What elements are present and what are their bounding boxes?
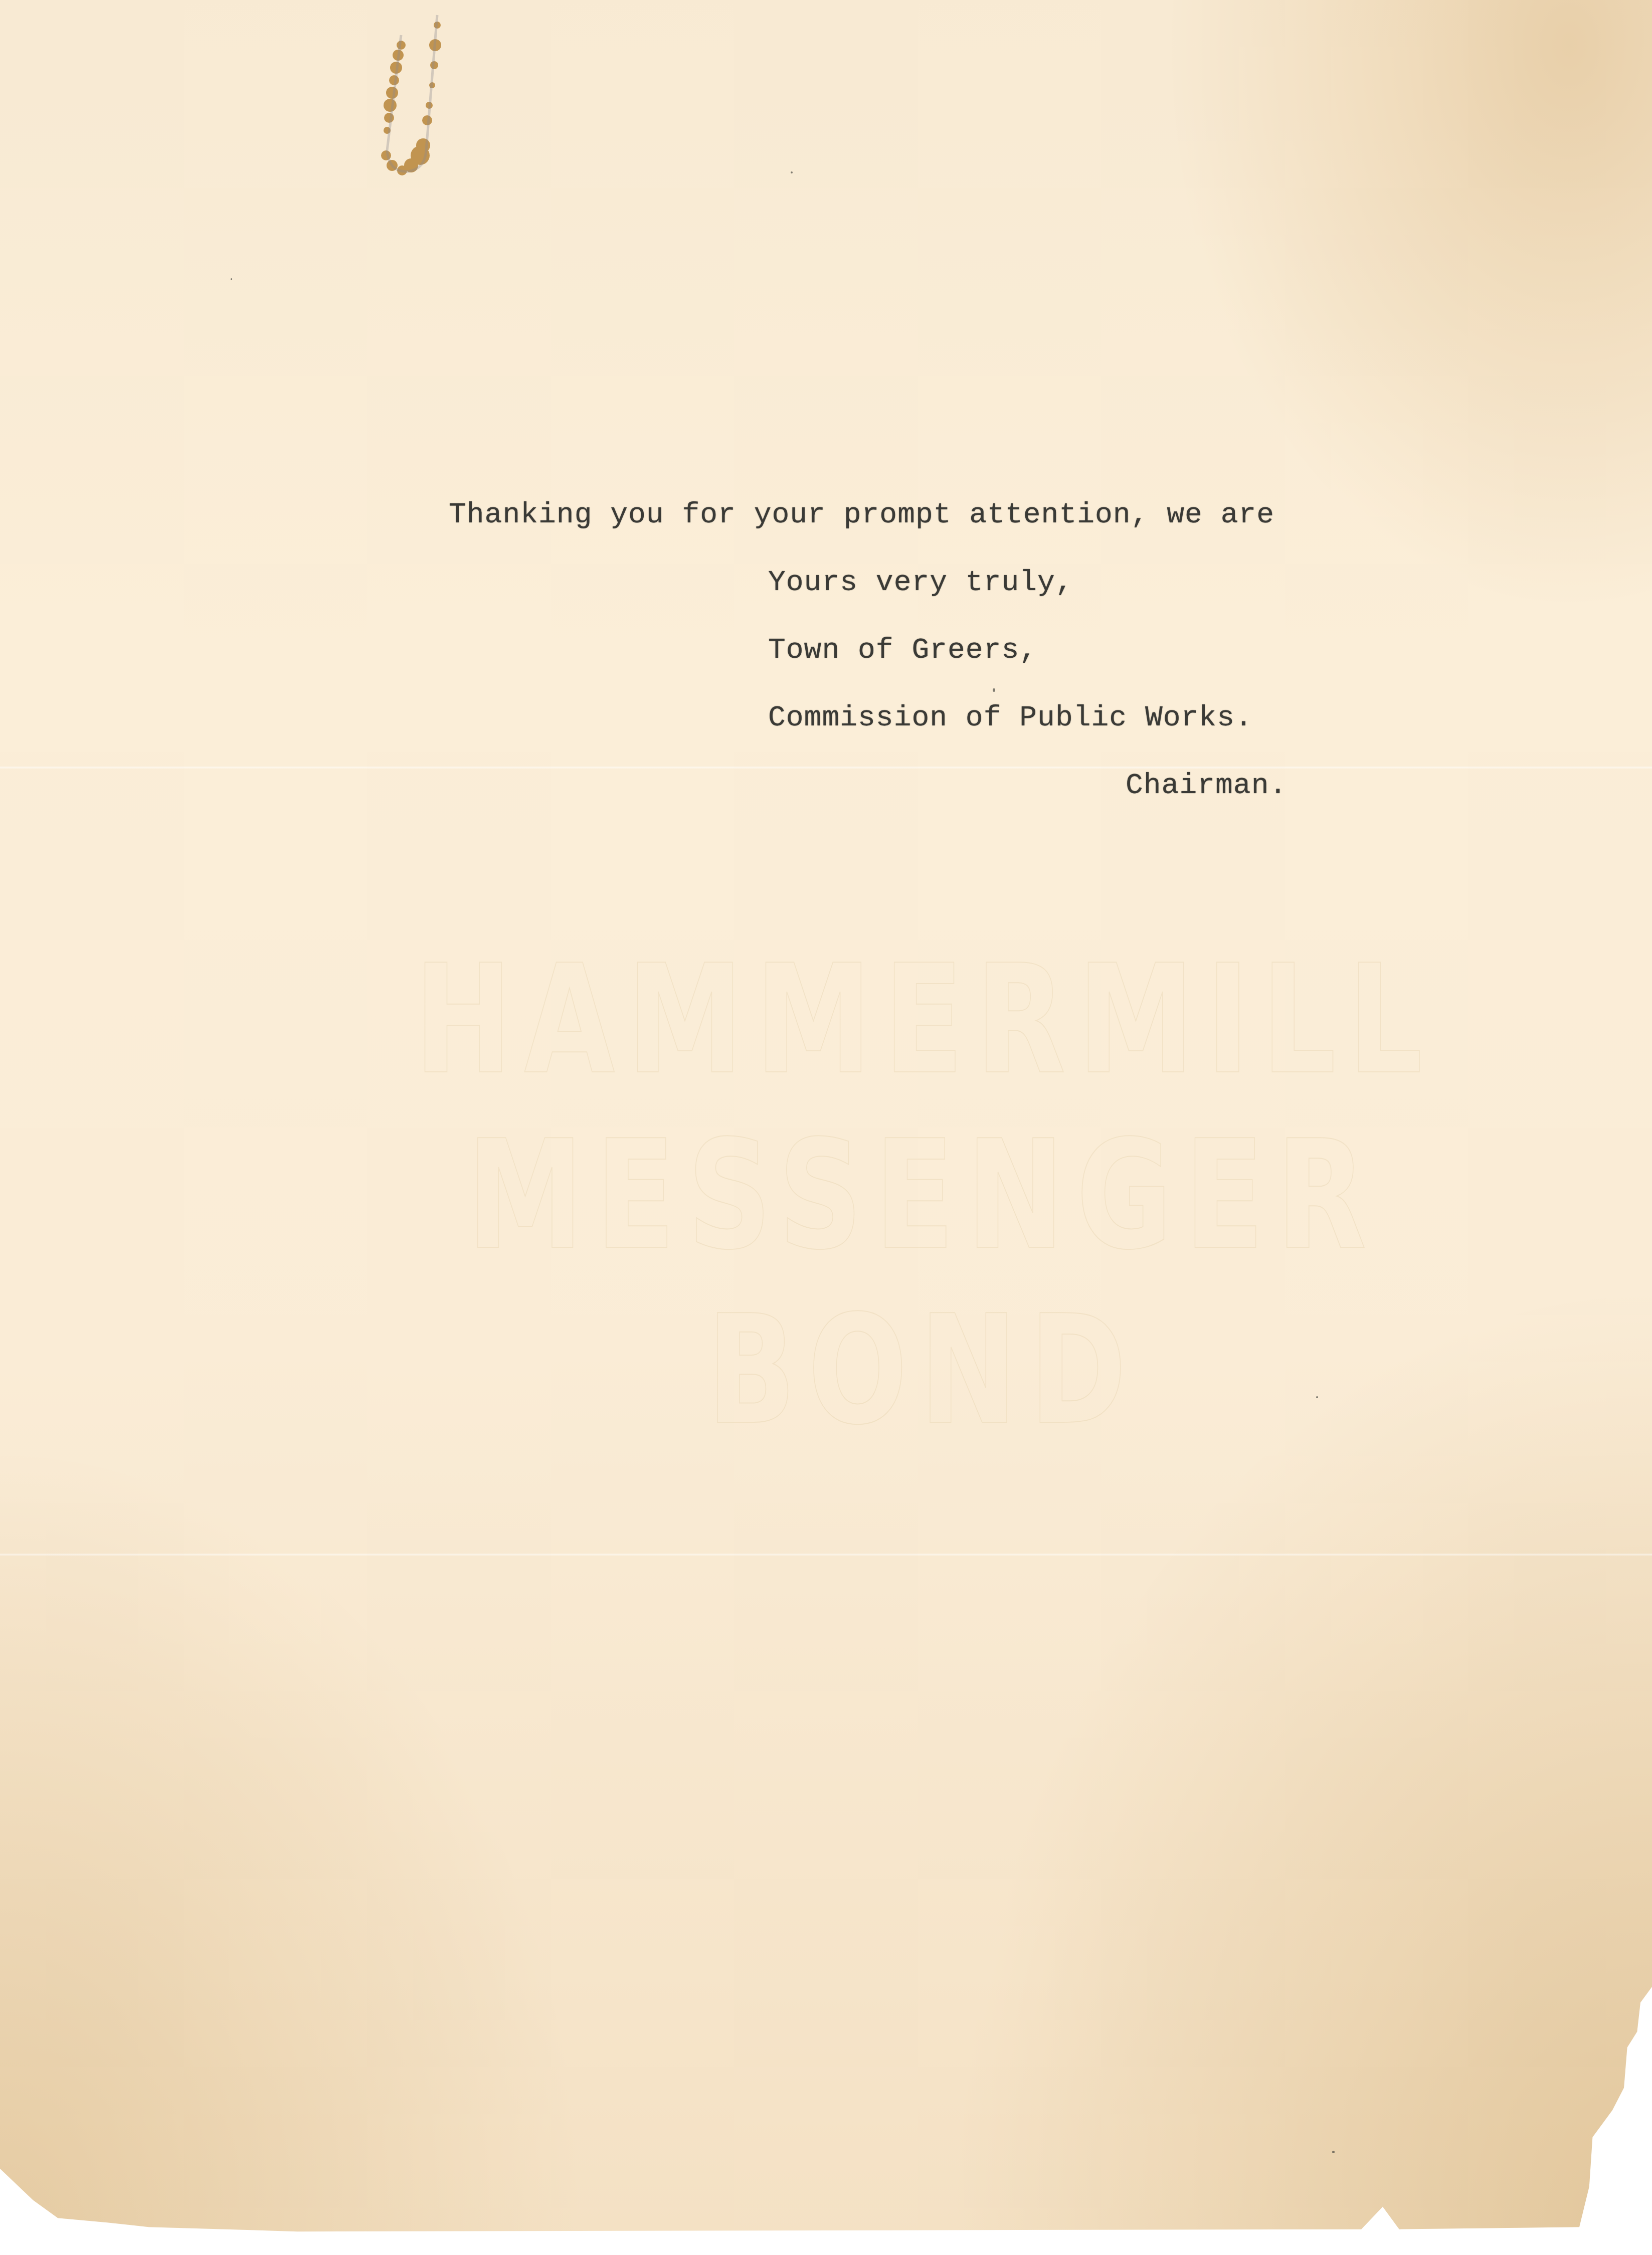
ink-speck — [791, 171, 793, 173]
signature-department: Commission of Public Works. — [768, 702, 1253, 734]
letter-text: Thanking you for your prompt attention, … — [0, 0, 1652, 2245]
ink-speck — [1332, 2151, 1335, 2153]
ink-speck — [1316, 1396, 1318, 1398]
signature-organization: Town of Greers, — [768, 634, 1037, 667]
closing-sentence: Thanking you for your prompt attention, … — [449, 499, 1274, 531]
complimentary-close: Yours very truly, — [768, 567, 1073, 599]
signature-title: Chairman. — [1126, 770, 1287, 802]
ink-speck — [231, 278, 232, 280]
letter-page: HAMMERMILL MESSENGER BOND Th — [0, 0, 1652, 2245]
ink-speck — [993, 688, 995, 692]
